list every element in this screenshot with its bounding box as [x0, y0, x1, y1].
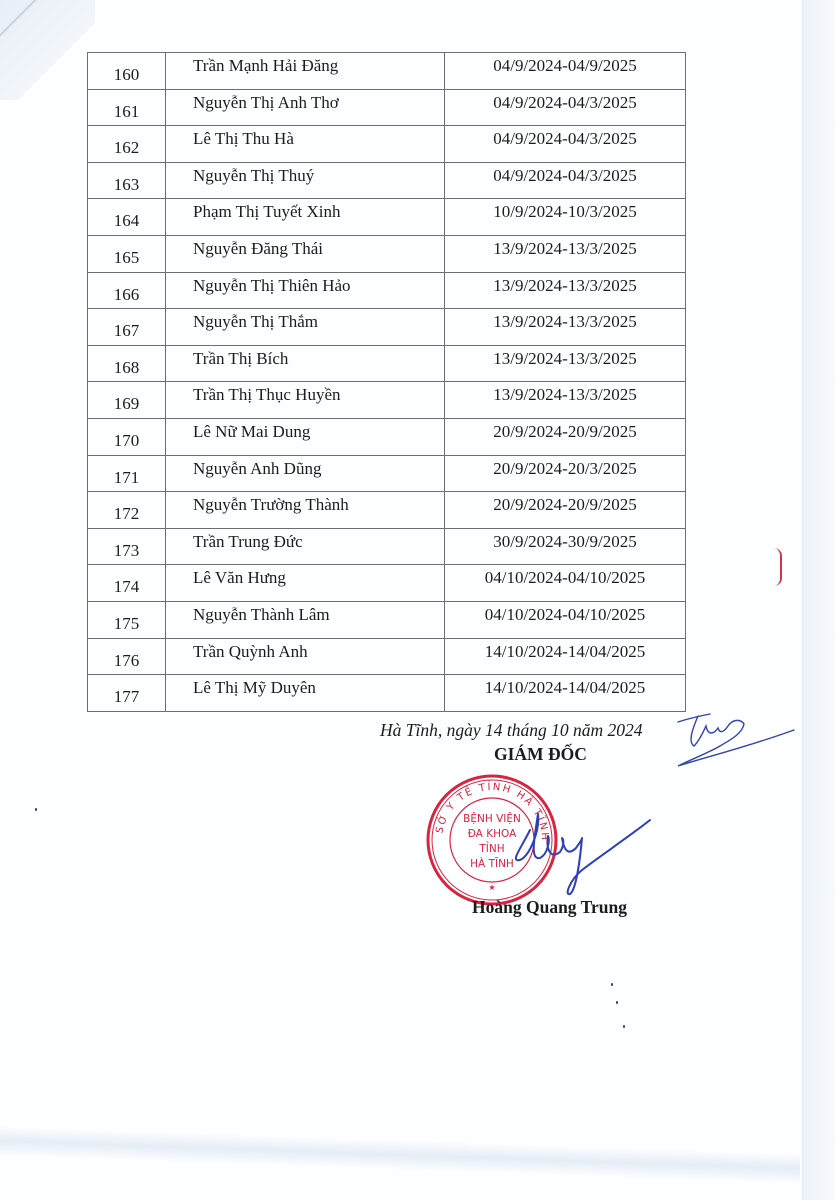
- table-row: 175Nguyễn Thành Lâm04/10/2024-04/10/2025: [88, 601, 686, 638]
- row-number-cell: 175: [88, 601, 166, 638]
- contract-period-cell: 04/10/2024-04/10/2025: [445, 565, 686, 602]
- folded-corner: [0, 0, 95, 100]
- table-row: 170Lê Nữ Mai Dung20/9/2024-20/9/2025: [88, 418, 686, 455]
- row-number-cell: 165: [88, 235, 166, 272]
- director-signature: [490, 800, 660, 900]
- scan-speck: [611, 983, 613, 986]
- staff-name-cell: Nguyễn Thị Thắm: [166, 309, 445, 346]
- contract-period-cell: 30/9/2024-30/9/2025: [445, 528, 686, 565]
- contract-period: 30/9/2024-30/9/2025: [445, 529, 685, 552]
- contract-period-cell: 14/10/2024-14/04/2025: [445, 638, 686, 675]
- stamp-fragment: [774, 548, 782, 586]
- row-number: 165: [88, 236, 165, 268]
- row-number: 167: [88, 309, 165, 341]
- row-number-cell: 177: [88, 675, 166, 712]
- staff-name: Nguyễn Anh Dũng: [166, 456, 444, 479]
- staff-name-cell: Trần Mạnh Hải Đăng: [166, 53, 445, 90]
- contract-period: 13/9/2024-13/3/2025: [445, 382, 685, 405]
- row-number-cell: 169: [88, 382, 166, 419]
- table-row: 177Lê Thị Mỹ Duyên14/10/2024-14/04/2025: [88, 675, 686, 712]
- row-number-cell: 172: [88, 492, 166, 529]
- signer-name: Hoàng Quang Trung: [472, 897, 627, 918]
- staff-name-cell: Lê Văn Hưng: [166, 565, 445, 602]
- contract-period: 04/9/2024-04/3/2025: [445, 126, 685, 149]
- table-row: 171Nguyễn Anh Dũng20/9/2024-20/3/2025: [88, 455, 686, 492]
- table-row: 161Nguyễn Thị Anh Thơ04/9/2024-04/3/2025: [88, 89, 686, 126]
- staff-name: Lê Thị Mỹ Duyên: [166, 675, 444, 698]
- contract-period-cell: 04/10/2024-04/10/2025: [445, 601, 686, 638]
- row-number: 169: [88, 382, 165, 414]
- staff-name: Trần Mạnh Hải Đăng: [166, 53, 444, 76]
- row-number-cell: 160: [88, 53, 166, 90]
- table-row: 164Phạm Thị Tuyết Xinh10/9/2024-10/3/202…: [88, 199, 686, 236]
- staff-name: Nguyễn Thị Thiên Hảo: [166, 273, 444, 296]
- row-number: 164: [88, 199, 165, 231]
- table-row: 165Nguyễn Đăng Thái13/9/2024-13/3/2025: [88, 235, 686, 272]
- table-row: 166Nguyễn Thị Thiên Hảo13/9/2024-13/3/20…: [88, 272, 686, 309]
- row-number-cell: 166: [88, 272, 166, 309]
- staff-name: Nguyễn Trường Thành: [166, 492, 444, 515]
- staff-name: Trần Thị Bích: [166, 346, 444, 369]
- row-number-cell: 167: [88, 309, 166, 346]
- staff-name: Nguyễn Thành Lâm: [166, 602, 444, 625]
- staff-name-cell: Phạm Thị Tuyết Xinh: [166, 199, 445, 236]
- staff-name: Phạm Thị Tuyết Xinh: [166, 199, 444, 222]
- contract-period: 13/9/2024-13/3/2025: [445, 273, 685, 296]
- row-number-cell: 161: [88, 89, 166, 126]
- contract-period: 14/10/2024-14/04/2025: [445, 675, 685, 698]
- staff-name-cell: Trần Thị Bích: [166, 345, 445, 382]
- initials-signature: [670, 710, 800, 770]
- staff-name-cell: Nguyễn Anh Dũng: [166, 455, 445, 492]
- contract-period: 04/10/2024-04/10/2025: [445, 565, 685, 588]
- table-row: 167Nguyễn Thị Thắm13/9/2024-13/3/2025: [88, 309, 686, 346]
- row-number-cell: 162: [88, 126, 166, 163]
- staff-name-cell: Lê Nữ Mai Dung: [166, 418, 445, 455]
- row-number-cell: 173: [88, 528, 166, 565]
- row-number-cell: 174: [88, 565, 166, 602]
- table-row: 162Lê Thị Thu Hà04/9/2024-04/3/2025: [88, 126, 686, 163]
- staff-name-cell: Nguyễn Thị Thuý: [166, 162, 445, 199]
- scan-speck: [616, 1001, 618, 1004]
- scan-shadow: [0, 1126, 800, 1184]
- table-row: 172Nguyễn Trường Thành20/9/2024-20/9/202…: [88, 492, 686, 529]
- contract-period-cell: 20/9/2024-20/9/2025: [445, 418, 686, 455]
- contract-period: 13/9/2024-13/3/2025: [445, 346, 685, 369]
- staff-name: Nguyễn Thị Thuý: [166, 163, 444, 186]
- staff-name-cell: Trần Quỳnh Anh: [166, 638, 445, 675]
- staff-name: Nguyễn Đăng Thái: [166, 236, 444, 259]
- contract-period: 13/9/2024-13/3/2025: [445, 309, 685, 332]
- row-number-cell: 176: [88, 638, 166, 675]
- contract-period-cell: 13/9/2024-13/3/2025: [445, 235, 686, 272]
- row-number: 163: [88, 163, 165, 195]
- staff-name: Nguyễn Thị Anh Thơ: [166, 90, 444, 113]
- row-number-cell: 171: [88, 455, 166, 492]
- table-body: 160Trần Mạnh Hải Đăng04/9/2024-04/9/2025…: [88, 53, 686, 712]
- row-number: 177: [88, 675, 165, 707]
- row-number-cell: 170: [88, 418, 166, 455]
- contract-period-cell: 13/9/2024-13/3/2025: [445, 345, 686, 382]
- row-number: 166: [88, 273, 165, 305]
- contract-period: 04/9/2024-04/9/2025: [445, 53, 685, 76]
- contract-period-cell: 04/9/2024-04/9/2025: [445, 53, 686, 90]
- staff-name: Trần Quỳnh Anh: [166, 639, 444, 662]
- row-number: 170: [88, 419, 165, 451]
- scanned-page: 160Trần Mạnh Hải Đăng04/9/2024-04/9/2025…: [0, 0, 835, 1200]
- table-row: 176Trần Quỳnh Anh14/10/2024-14/04/2025: [88, 638, 686, 675]
- signer-title: GIÁM ĐỐC: [494, 744, 587, 765]
- contract-period-cell: 04/9/2024-04/3/2025: [445, 162, 686, 199]
- row-number: 171: [88, 456, 165, 488]
- contract-period-cell: 20/9/2024-20/9/2025: [445, 492, 686, 529]
- staff-name: Lê Nữ Mai Dung: [166, 419, 444, 442]
- staff-list-table: 160Trần Mạnh Hải Đăng04/9/2024-04/9/2025…: [87, 52, 686, 712]
- row-number: 168: [88, 346, 165, 378]
- table-row: 174Lê Văn Hưng04/10/2024-04/10/2025: [88, 565, 686, 602]
- table-row: 173Trần Trung Đức30/9/2024-30/9/2025: [88, 528, 686, 565]
- staff-name-cell: Trần Thị Thục Huyền: [166, 382, 445, 419]
- row-number: 173: [88, 529, 165, 561]
- contract-period: 04/9/2024-04/3/2025: [445, 163, 685, 186]
- staff-name-cell: Lê Thị Thu Hà: [166, 126, 445, 163]
- row-number-cell: 163: [88, 162, 166, 199]
- staff-name-cell: Trần Trung Đức: [166, 528, 445, 565]
- table-row: 169Trần Thị Thục Huyền13/9/2024-13/3/202…: [88, 382, 686, 419]
- staff-name-cell: Nguyễn Thị Anh Thơ: [166, 89, 445, 126]
- table-row: 163Nguyễn Thị Thuý04/9/2024-04/3/2025: [88, 162, 686, 199]
- staff-name: Trần Thị Thục Huyền: [166, 382, 444, 405]
- staff-name-cell: Nguyễn Thành Lâm: [166, 601, 445, 638]
- row-number-cell: 168: [88, 345, 166, 382]
- contract-period-cell: 13/9/2024-13/3/2025: [445, 382, 686, 419]
- contract-period: 10/9/2024-10/3/2025: [445, 199, 685, 222]
- scan-speck: [35, 808, 37, 811]
- contract-period: 20/9/2024-20/9/2025: [445, 419, 685, 442]
- contract-period: 20/9/2024-20/3/2025: [445, 456, 685, 479]
- contract-period-cell: 04/9/2024-04/3/2025: [445, 89, 686, 126]
- staff-name: Nguyễn Thị Thắm: [166, 309, 444, 332]
- contract-period: 04/10/2024-04/10/2025: [445, 602, 685, 625]
- place-and-date: Hà Tĩnh, ngày 14 tháng 10 năm 2024: [380, 720, 643, 741]
- staff-name: Lê Thị Thu Hà: [166, 126, 444, 149]
- staff-name: Lê Văn Hưng: [166, 565, 444, 588]
- page-edge: [802, 0, 835, 1200]
- scan-speck: [623, 1025, 625, 1028]
- contract-period-cell: 13/9/2024-13/3/2025: [445, 309, 686, 346]
- contract-period-cell: 04/9/2024-04/3/2025: [445, 126, 686, 163]
- staff-name-cell: Nguyễn Trường Thành: [166, 492, 445, 529]
- row-number: 162: [88, 126, 165, 158]
- row-number: 161: [88, 90, 165, 122]
- contract-period: 14/10/2024-14/04/2025: [445, 639, 685, 662]
- contract-period-cell: 13/9/2024-13/3/2025: [445, 272, 686, 309]
- row-number: 174: [88, 565, 165, 597]
- contract-period: 04/9/2024-04/3/2025: [445, 90, 685, 113]
- staff-name: Trần Trung Đức: [166, 529, 444, 552]
- table-row: 168Trần Thị Bích13/9/2024-13/3/2025: [88, 345, 686, 382]
- contract-period-cell: 14/10/2024-14/04/2025: [445, 675, 686, 712]
- staff-name-cell: Lê Thị Mỹ Duyên: [166, 675, 445, 712]
- contract-period: 20/9/2024-20/9/2025: [445, 492, 685, 515]
- contract-period-cell: 10/9/2024-10/3/2025: [445, 199, 686, 236]
- row-number: 172: [88, 492, 165, 524]
- staff-name-cell: Nguyễn Thị Thiên Hảo: [166, 272, 445, 309]
- contract-period: 13/9/2024-13/3/2025: [445, 236, 685, 259]
- staff-name-cell: Nguyễn Đăng Thái: [166, 235, 445, 272]
- table-row: 160Trần Mạnh Hải Đăng04/9/2024-04/9/2025: [88, 53, 686, 90]
- row-number: 160: [88, 53, 165, 85]
- row-number: 175: [88, 602, 165, 634]
- row-number-cell: 164: [88, 199, 166, 236]
- contract-period-cell: 20/9/2024-20/3/2025: [445, 455, 686, 492]
- row-number: 176: [88, 639, 165, 671]
